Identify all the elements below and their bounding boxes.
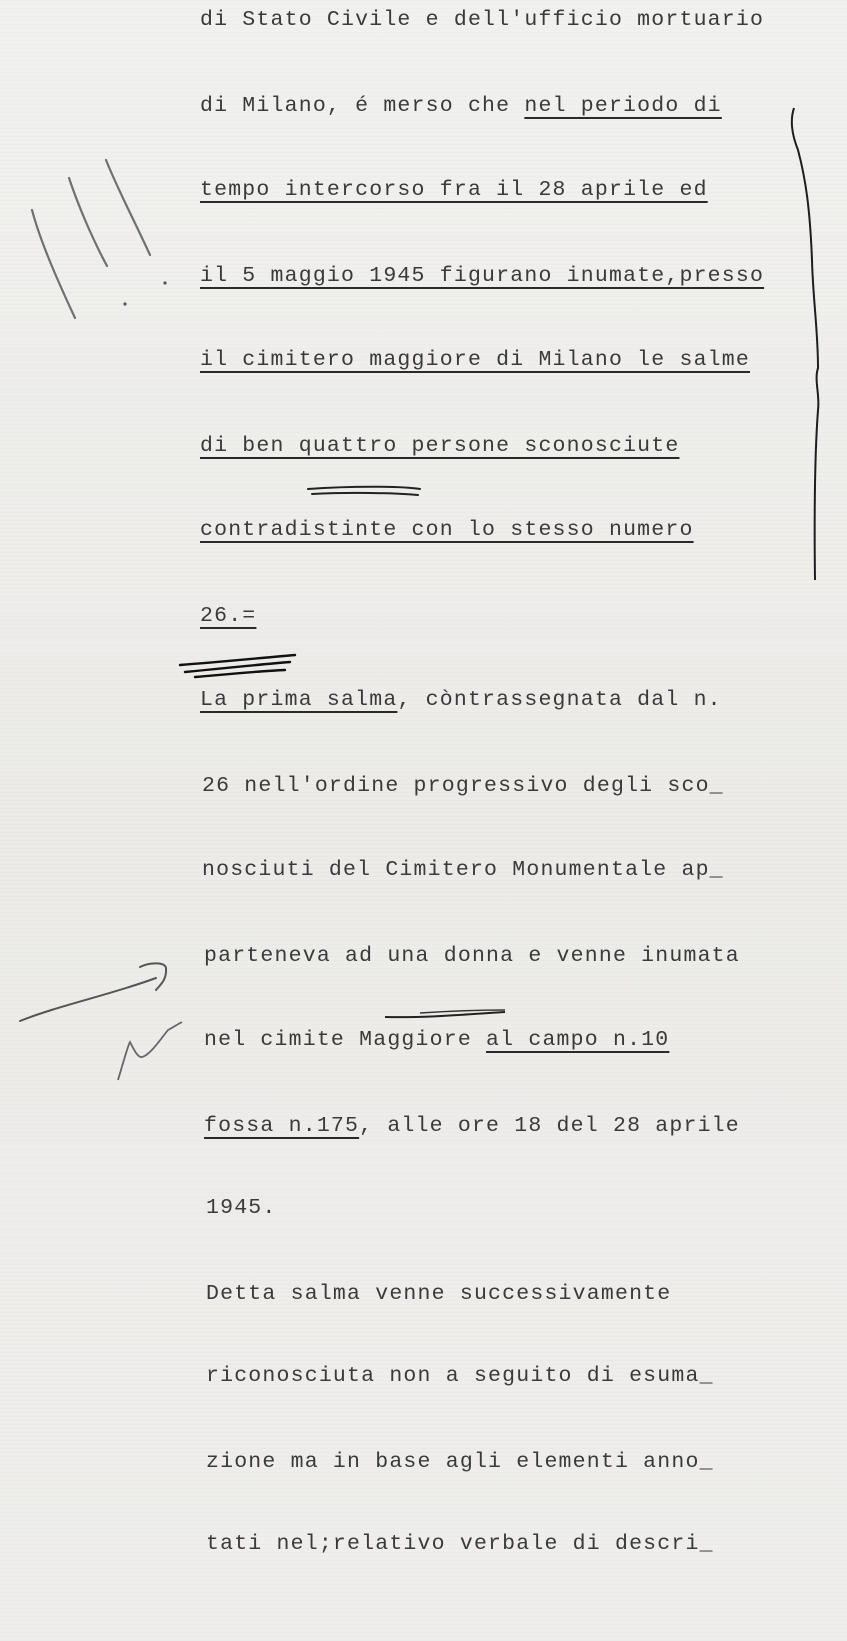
bracket-line-icon bbox=[792, 108, 819, 580]
handwritten-annotations bbox=[0, 0, 847, 1641]
emphasis-underline-icon bbox=[385, 1012, 505, 1017]
emphasis-underline-icon bbox=[308, 487, 420, 495]
emphasis-scribble-icon bbox=[180, 655, 295, 677]
tally-marks-icon bbox=[32, 160, 150, 318]
margin-initials-icon bbox=[118, 1022, 182, 1080]
margin-arrow-icon bbox=[20, 963, 166, 1021]
